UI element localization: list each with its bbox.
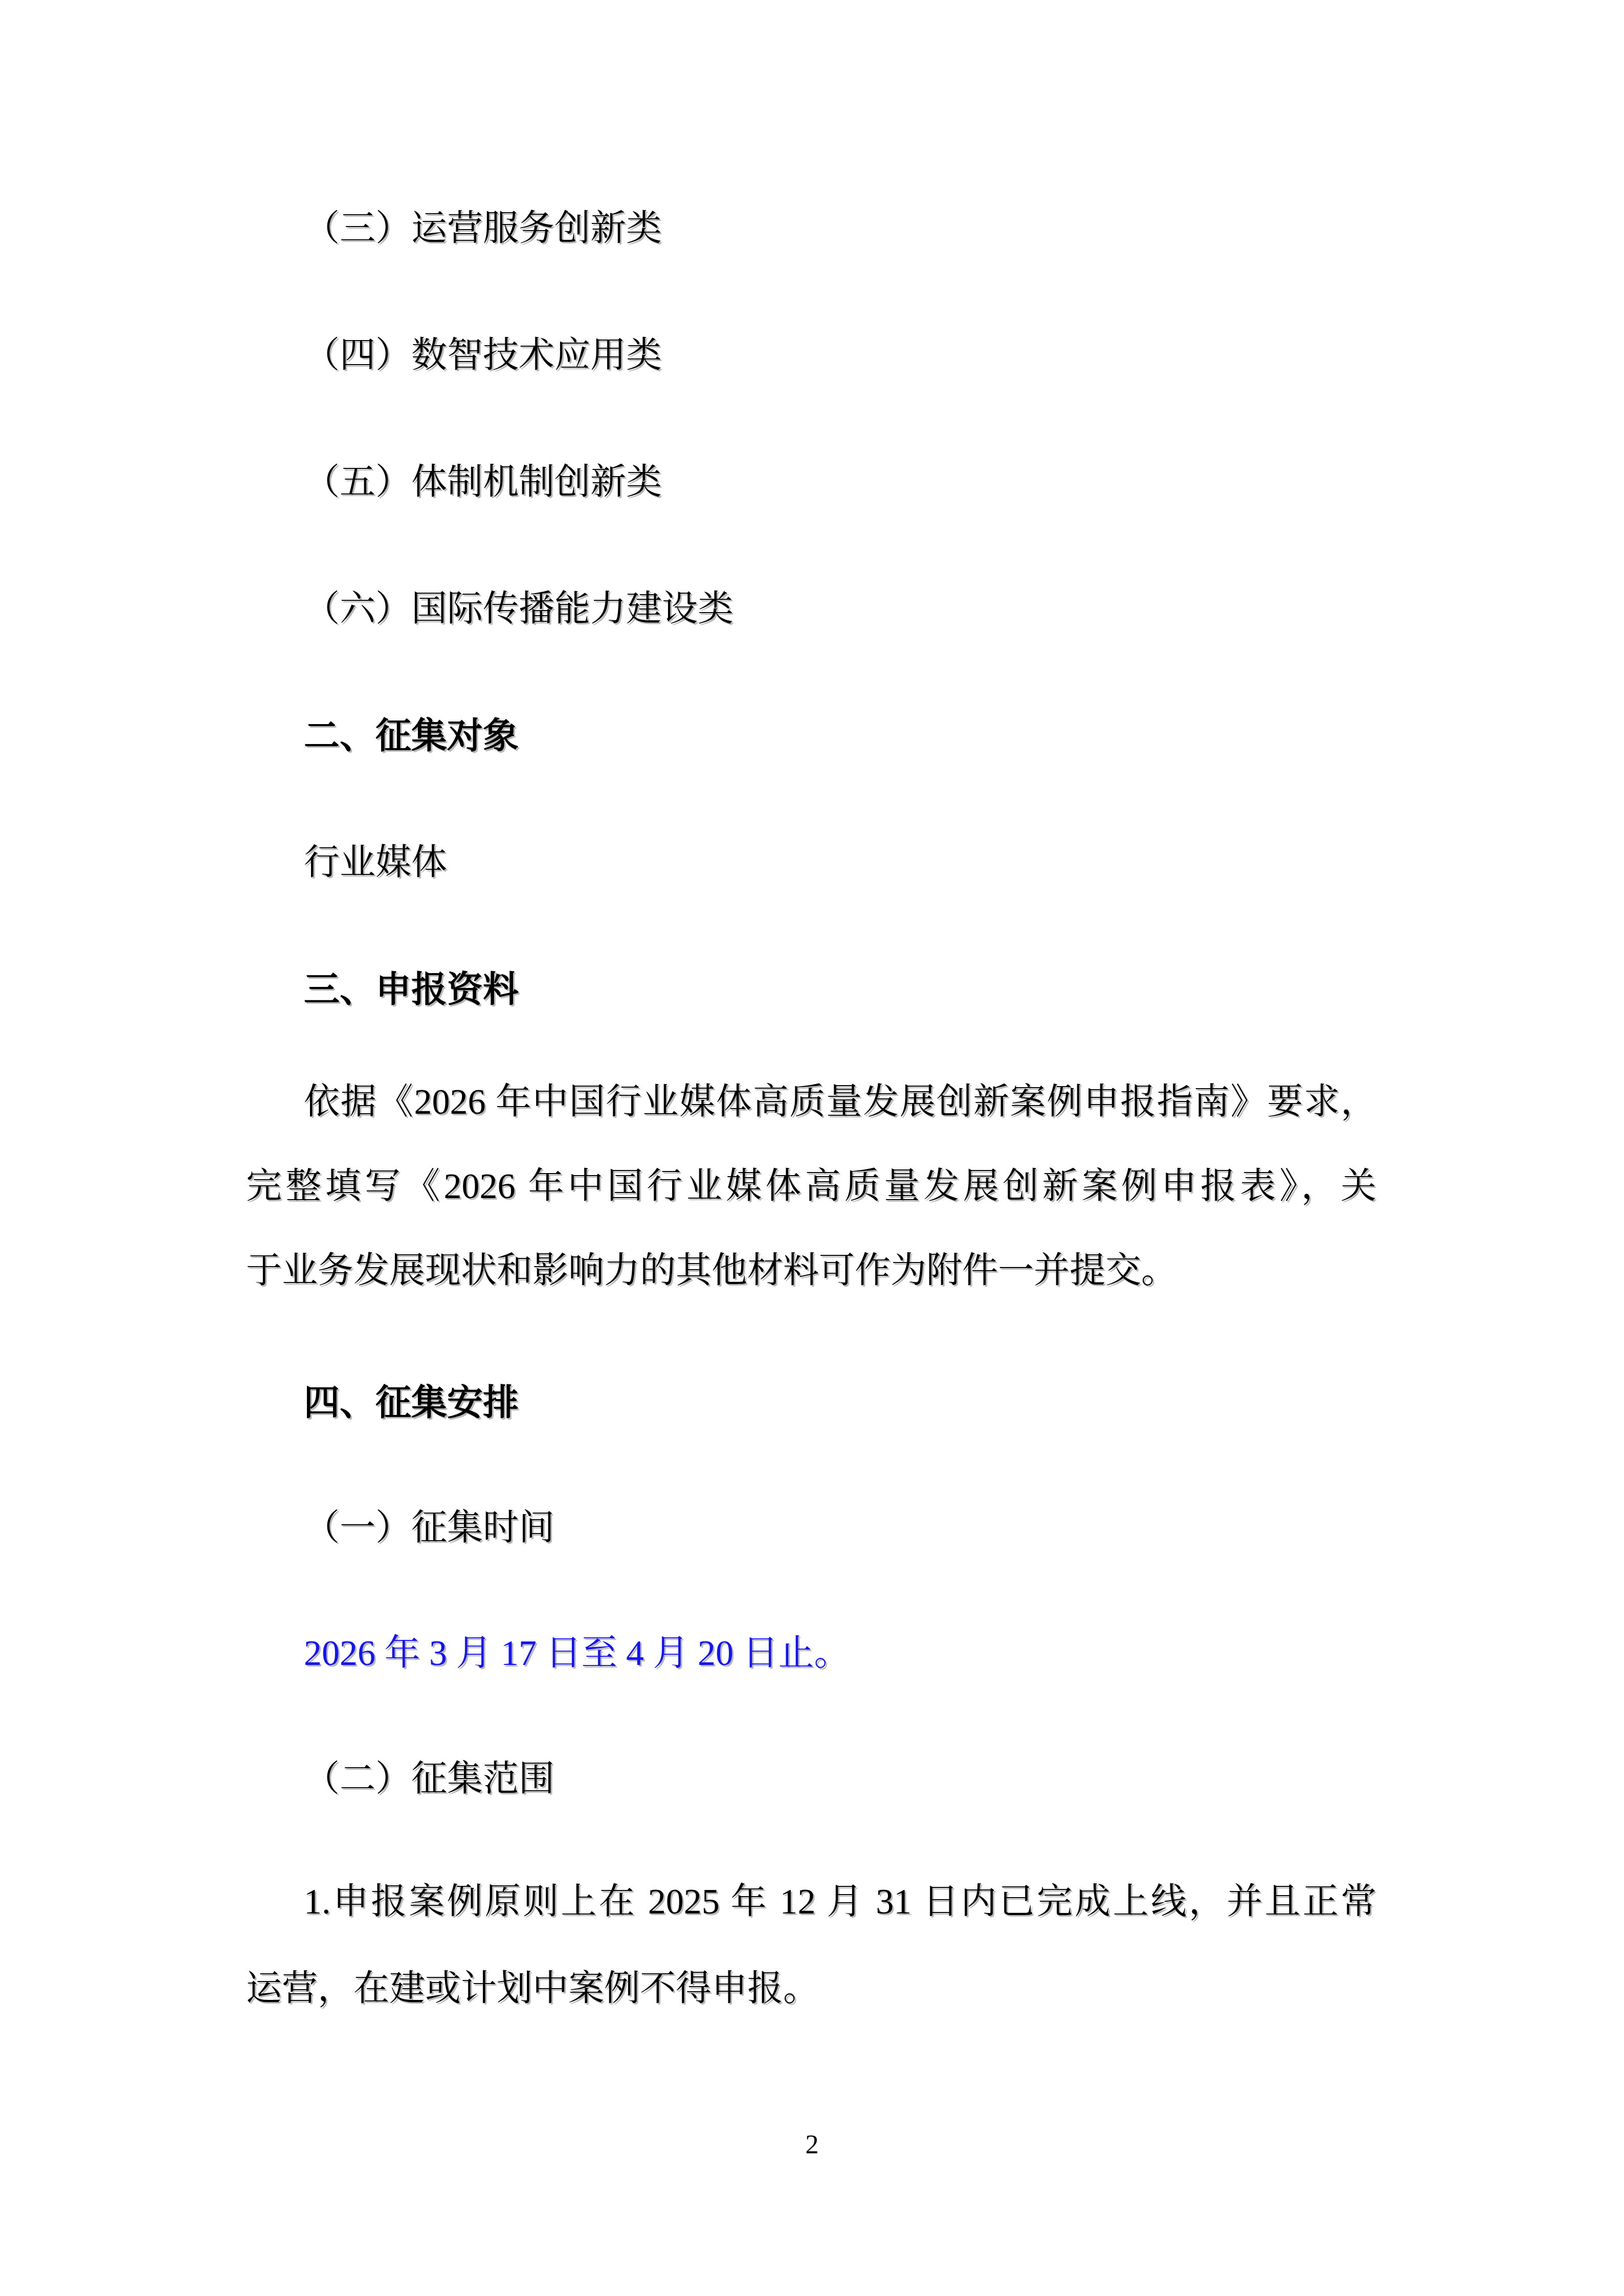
section-heading-3: 三、申报资料 [246, 948, 1376, 1032]
document-page: （三）运营服务创新类 （四）数智技术应用类 （五）体制机制创新类 （六）国际传播… [0, 0, 1624, 2296]
collection-target-text: 行业媒体 [246, 821, 1376, 905]
page-number: 2 [0, 2132, 1624, 2158]
collection-period-text: 2026 年 3 月 17 日至 4 月 20 日止。 [246, 1611, 1376, 1696]
category-item-4: （四）数智技术应用类 [246, 313, 1376, 398]
sub-heading-collection-time: （一）征集时间 [246, 1486, 1376, 1570]
category-item-3: （三）运营服务创新类 [246, 187, 1376, 271]
section-heading-4: 四、征集安排 [246, 1361, 1376, 1445]
category-item-5: （五）体制机制创新类 [246, 440, 1376, 525]
materials-paragraph-line-2: 完整填写《2026 年中国行业媒体高质量发展创新案例申报表》，关 [246, 1144, 1376, 1229]
scope-paragraph-line-1: 1.申报案例原则上在 2025 年 12 月 31 日内已完成上线，并且正常 [246, 1860, 1376, 1944]
scope-paragraph-line-2: 运营，在建或计划中案例不得申报。 [246, 1947, 1376, 2031]
category-item-6: （六）国际传播能力建设类 [246, 567, 1376, 651]
materials-paragraph-line-1: 依据《2026 年中国行业媒体高质量发展创新案例申报指南》要求， [246, 1060, 1376, 1144]
sub-heading-collection-scope: （二）征集范围 [246, 1737, 1376, 1821]
materials-paragraph-line-3: 于业务发展现状和影响力的其他材料可作为附件一并提交。 [246, 1229, 1376, 1313]
section-heading-2: 二、征集对象 [246, 694, 1376, 778]
